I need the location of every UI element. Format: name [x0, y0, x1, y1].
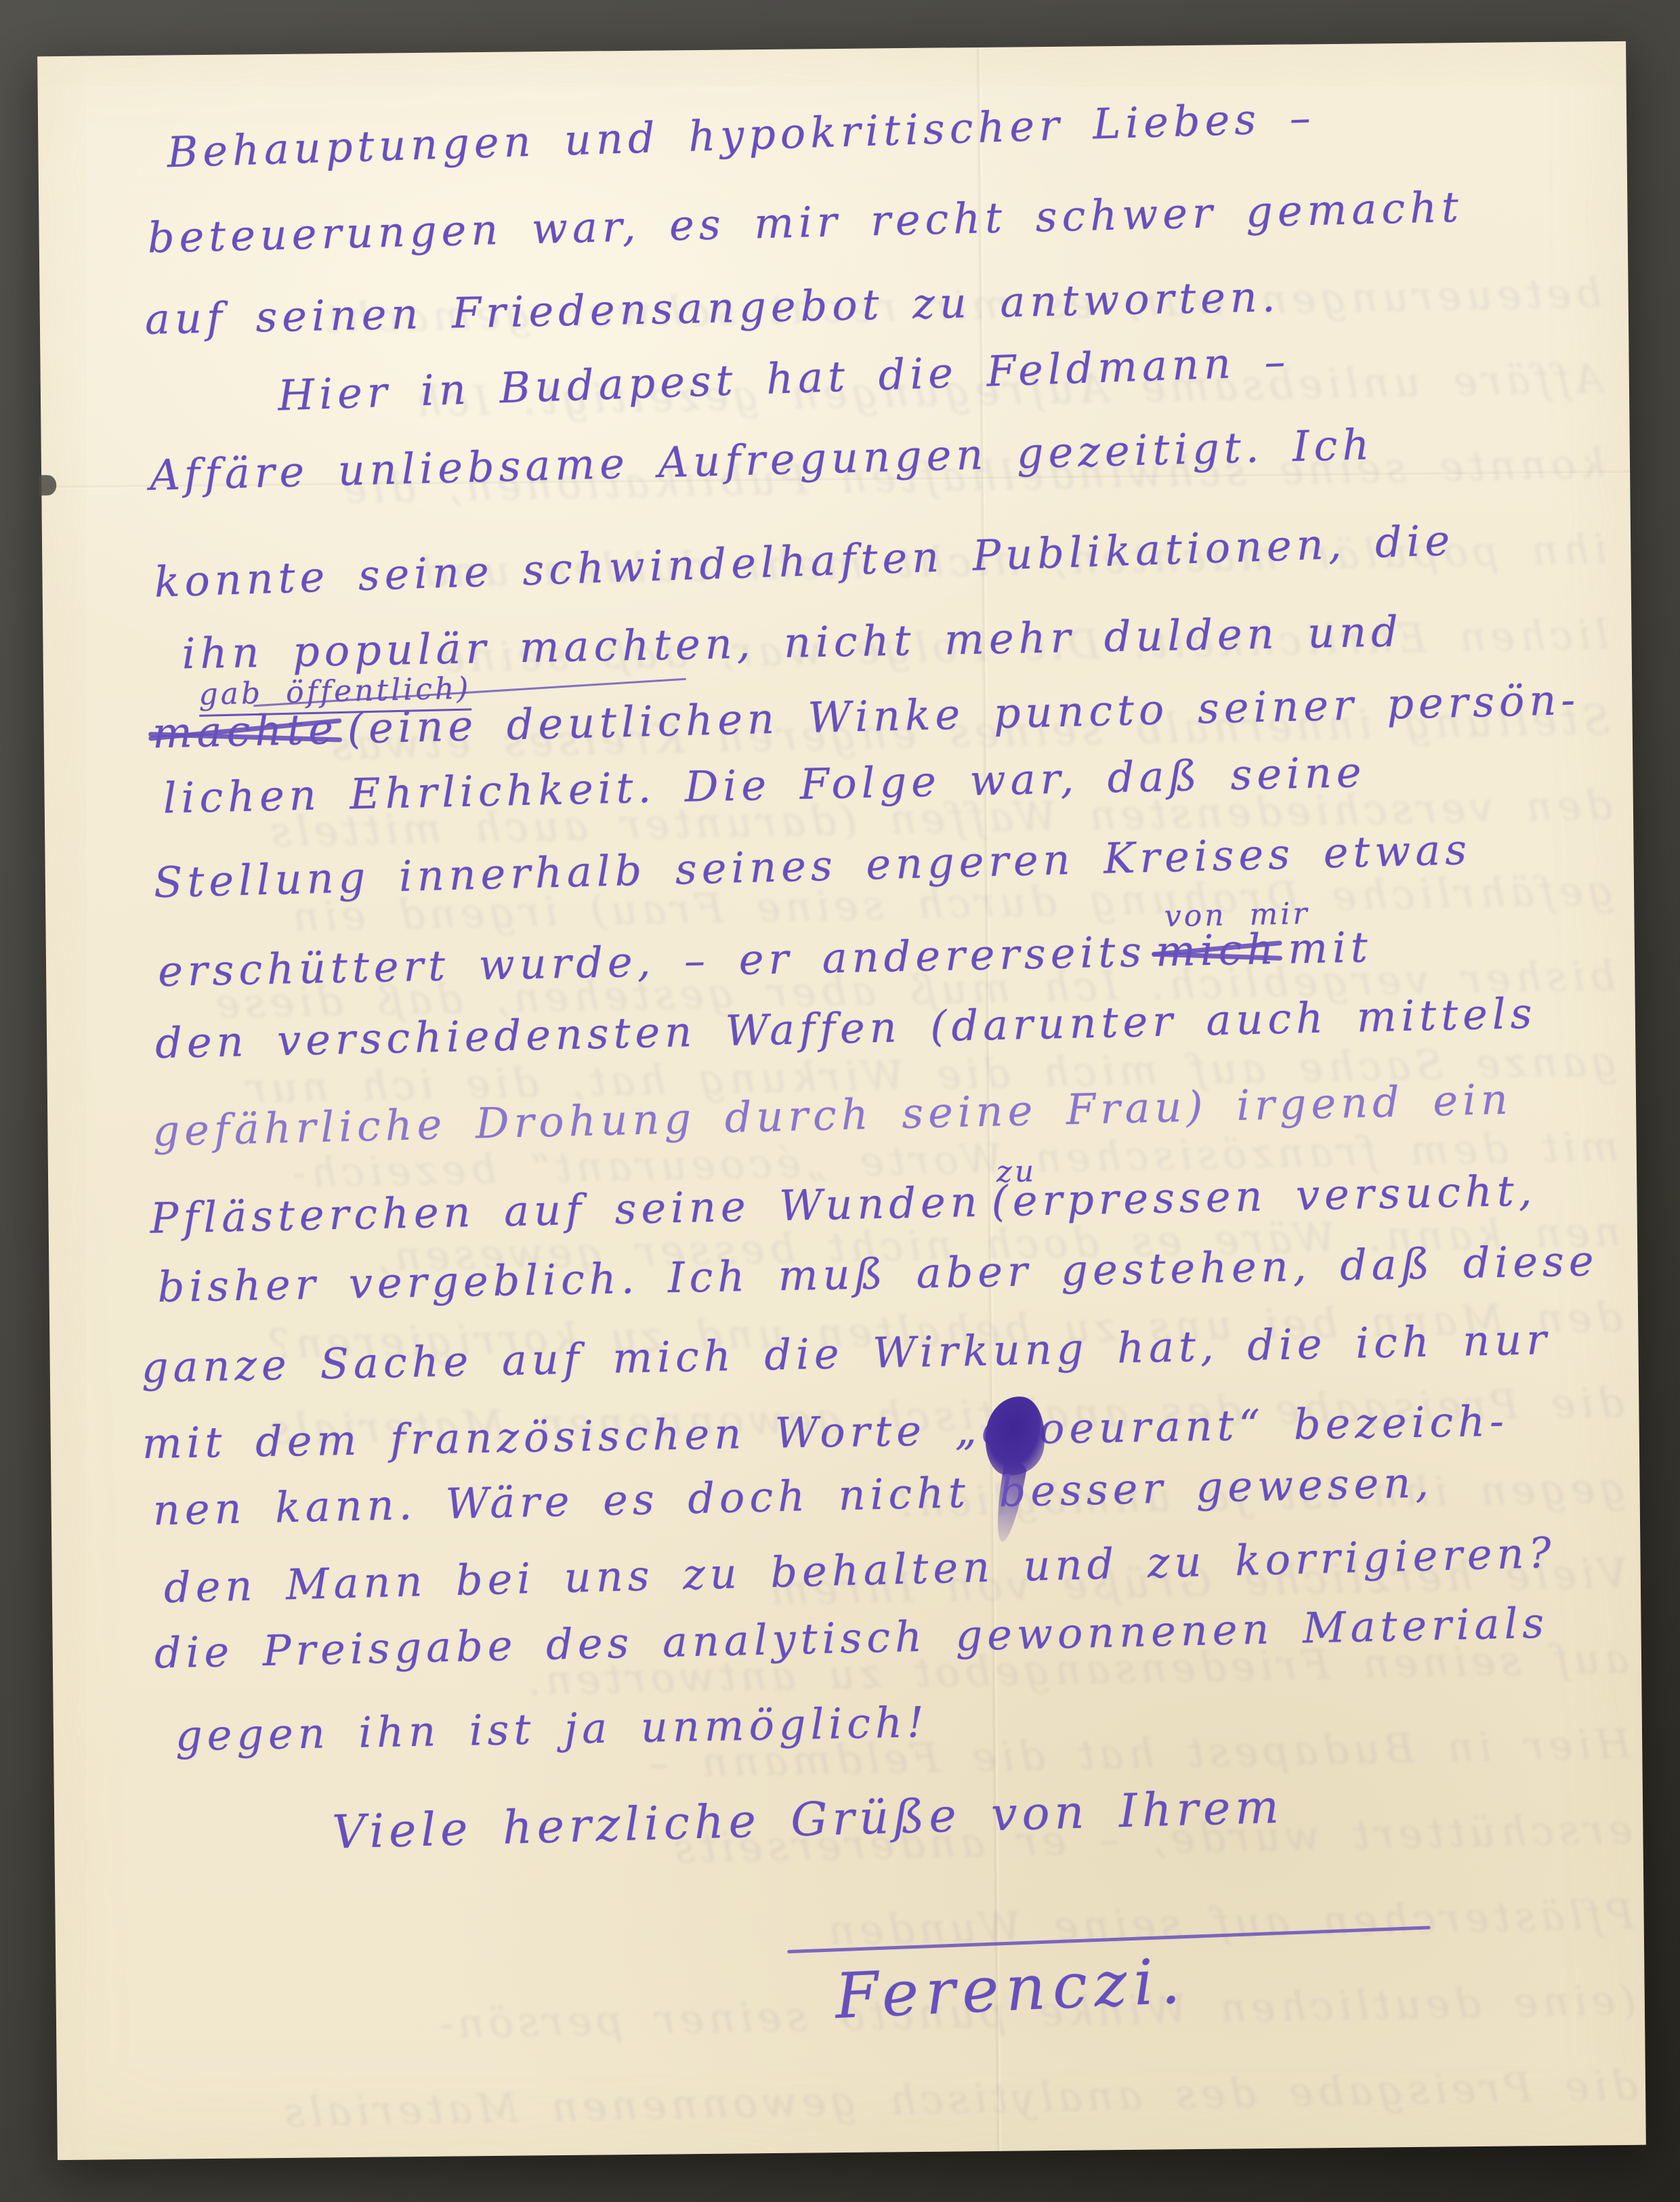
- line-text: ihn populär machten, nicht mehr dulden u…: [182, 606, 1403, 678]
- line-text: [1442, 1457, 1444, 1507]
- line-text: [1521, 1074, 1523, 1123]
- line-text: [1517, 1396, 1518, 1445]
- line-text: [1608, 1236, 1608, 1285]
- struck-word: machte: [152, 704, 339, 757]
- line-text: beteuerungen war, es mir recht schwer ge…: [147, 182, 1464, 263]
- interline-insertion: [1463, 527, 1465, 562]
- line-text: [1557, 1598, 1559, 1647]
- line-text: [1412, 606, 1412, 656]
- line-text: Affäre unliebsame Aufregungen gezeitigt.…: [149, 419, 1374, 500]
- closing-salutation: Viele herzliche Grüße von Ihrem: [331, 1780, 1293, 1859]
- interline-insertion: zu: [996, 1155, 996, 1190]
- interline-insertion: [938, 1709, 938, 1744]
- handwritten-line: lichen Ehrlichkeit. Die Folge war, daß s…: [163, 747, 1376, 823]
- line-text: erschüttert wurde, – er andererseits: [157, 927, 1146, 996]
- interline-insertion: [1521, 1086, 1522, 1121]
- line-text: gefährliche Drohung durch seine Frau) ir…: [152, 1075, 1513, 1156]
- line-text: [1546, 988, 1547, 1037]
- line-text: [1324, 92, 1325, 142]
- handwritten-line: beteuerungen war, es mir recht schwer ge…: [147, 182, 1473, 262]
- line-text: nen kann. Wäre es doch nicht besser gewe…: [152, 1457, 1434, 1535]
- line-text: [1565, 1528, 1566, 1577]
- line-text: konnte seine schwindelhaften Publikation…: [154, 516, 1455, 607]
- interline-insertion: [1518, 1408, 1519, 1442]
- handwritten-line: Pflästerchen auf seine Wundenzu(erpresse…: [150, 1165, 1547, 1243]
- handwritten-line: Hier in Budapest hat die Feldmann –: [277, 336, 1301, 420]
- line-text: auf seinen Friedensangebot zu antworten.: [144, 272, 1280, 344]
- signature: Ferenczi.: [833, 1945, 1188, 2033]
- interline-insertion: [1299, 348, 1301, 383]
- line-text: [1383, 419, 1384, 469]
- handwritten-line: den Mann bei uns zu behalten und zu korr…: [163, 1528, 1566, 1613]
- handwritten-line: nen kann. Wäre es doch nicht besser gewe…: [152, 1457, 1444, 1535]
- letter-page: beteuerungen war, es mir recht schwer ge…: [37, 41, 1646, 2160]
- line-text: Behauptungen und hypokritischer Liebes –: [167, 93, 1316, 178]
- interline-insertion: [1608, 1248, 1608, 1283]
- handwritten-line: den verschiedensten Waffen (darunter auc…: [154, 988, 1547, 1068]
- handwritten-line: gegen ihn ist ja unmöglich!: [175, 1697, 938, 1761]
- struck-word: mich: [1155, 924, 1279, 976]
- interline-insertion: [1412, 619, 1412, 653]
- line-text: Hier in Budapest hat die Feldmann –: [277, 337, 1291, 421]
- paper-edge-notch: [39, 475, 56, 495]
- line-text: mit dem französischen Worte „écoeurant“ …: [142, 1396, 1509, 1468]
- handwritten-line: konnte seine schwindelhaften Publikation…: [154, 515, 1465, 606]
- line-text: den Mann bei uns zu behalten und zu korr…: [163, 1528, 1556, 1613]
- line-text: [1480, 825, 1482, 874]
- line-text: ganze Sache auf mich die Wirkung hat, di…: [141, 1314, 1551, 1392]
- line-text: Stellung innerhalb seines engeren Kreise…: [153, 825, 1472, 907]
- interline-insertion: [1480, 837, 1481, 871]
- interline-insertion: [1565, 1540, 1566, 1575]
- handwritten-line: Behauptungen und hypokritischer Liebes –: [167, 92, 1326, 177]
- interline-insertion: [1472, 194, 1473, 228]
- handwritten-line: ihn populär machten, nicht mehr dulden u…: [182, 606, 1412, 678]
- line-text: gegen ihn ist ja unmöglich!: [175, 1697, 929, 1760]
- handwritten-line: die Preisgabe des analytisch gewonnenen …: [154, 1598, 1559, 1678]
- interline-insertion: [1546, 1000, 1547, 1035]
- interline-insertion: [1375, 759, 1376, 793]
- line-text: [1375, 747, 1377, 796]
- line-text: [1560, 1314, 1561, 1364]
- interline-insertion: [1560, 1327, 1561, 1361]
- line-text: [938, 1697, 938, 1747]
- line-text: Pflästerchen auf seine Wunden: [150, 1177, 982, 1243]
- line-text: lichen Ehrlichkeit. Die Folge war, daß s…: [163, 747, 1366, 823]
- interline-insertion: [1558, 1610, 1559, 1644]
- handwritten-line: mit dem französischen Worte „écoeurant“ …: [142, 1396, 1518, 1468]
- handwritten-line: Stellung innerhalb seines engeren Kreise…: [153, 825, 1482, 908]
- interline-insertion: [1383, 432, 1384, 466]
- handwritten-line: ganze Sache auf mich die Wirkung hat, di…: [141, 1314, 1561, 1392]
- line-text: [1472, 182, 1473, 231]
- handwritten-line: erschüttert wurde, – er andererseitsvon …: [157, 922, 1382, 996]
- interline-insertion: [1289, 284, 1290, 318]
- handwritten-line: bisher vergeblich. Ich muß aber gestehen…: [157, 1236, 1608, 1312]
- handwritten-line: auf seinen Friedensangebot zu antworten.: [144, 272, 1290, 344]
- line-text: [1299, 336, 1300, 386]
- interline-insertion: [1442, 1470, 1443, 1504]
- scanned-letter-page: beteuerungen war, es mir recht schwer ge…: [0, 0, 1680, 2202]
- ghost-line: die Preisgabe des analytisch gewonnenen …: [147, 2043, 1639, 2158]
- line-text: den verschiedensten Waffen (darunter auc…: [154, 989, 1537, 1068]
- line-text: (eine deutlichen Winke puncto seiner per…: [347, 675, 1580, 753]
- closing-text: Viele herzliche Grüße von Ihrem: [331, 1781, 1284, 1860]
- line-text: [1463, 515, 1465, 564]
- line-text: [1289, 272, 1290, 321]
- line-text: bisher vergeblich. Ich muß aber gestehen…: [157, 1236, 1599, 1312]
- line-text: die Preisgabe des analytisch gewonnenen …: [154, 1598, 1549, 1678]
- line-text: (erpressen versucht,: [991, 1166, 1537, 1226]
- handwritten-line: Affäre unliebsame Aufregungen gezeitigt.…: [149, 419, 1384, 500]
- interline-insertion: [1324, 104, 1326, 139]
- handwritten-line: gefährliche Drohung durch seine Frau) ir…: [152, 1074, 1523, 1156]
